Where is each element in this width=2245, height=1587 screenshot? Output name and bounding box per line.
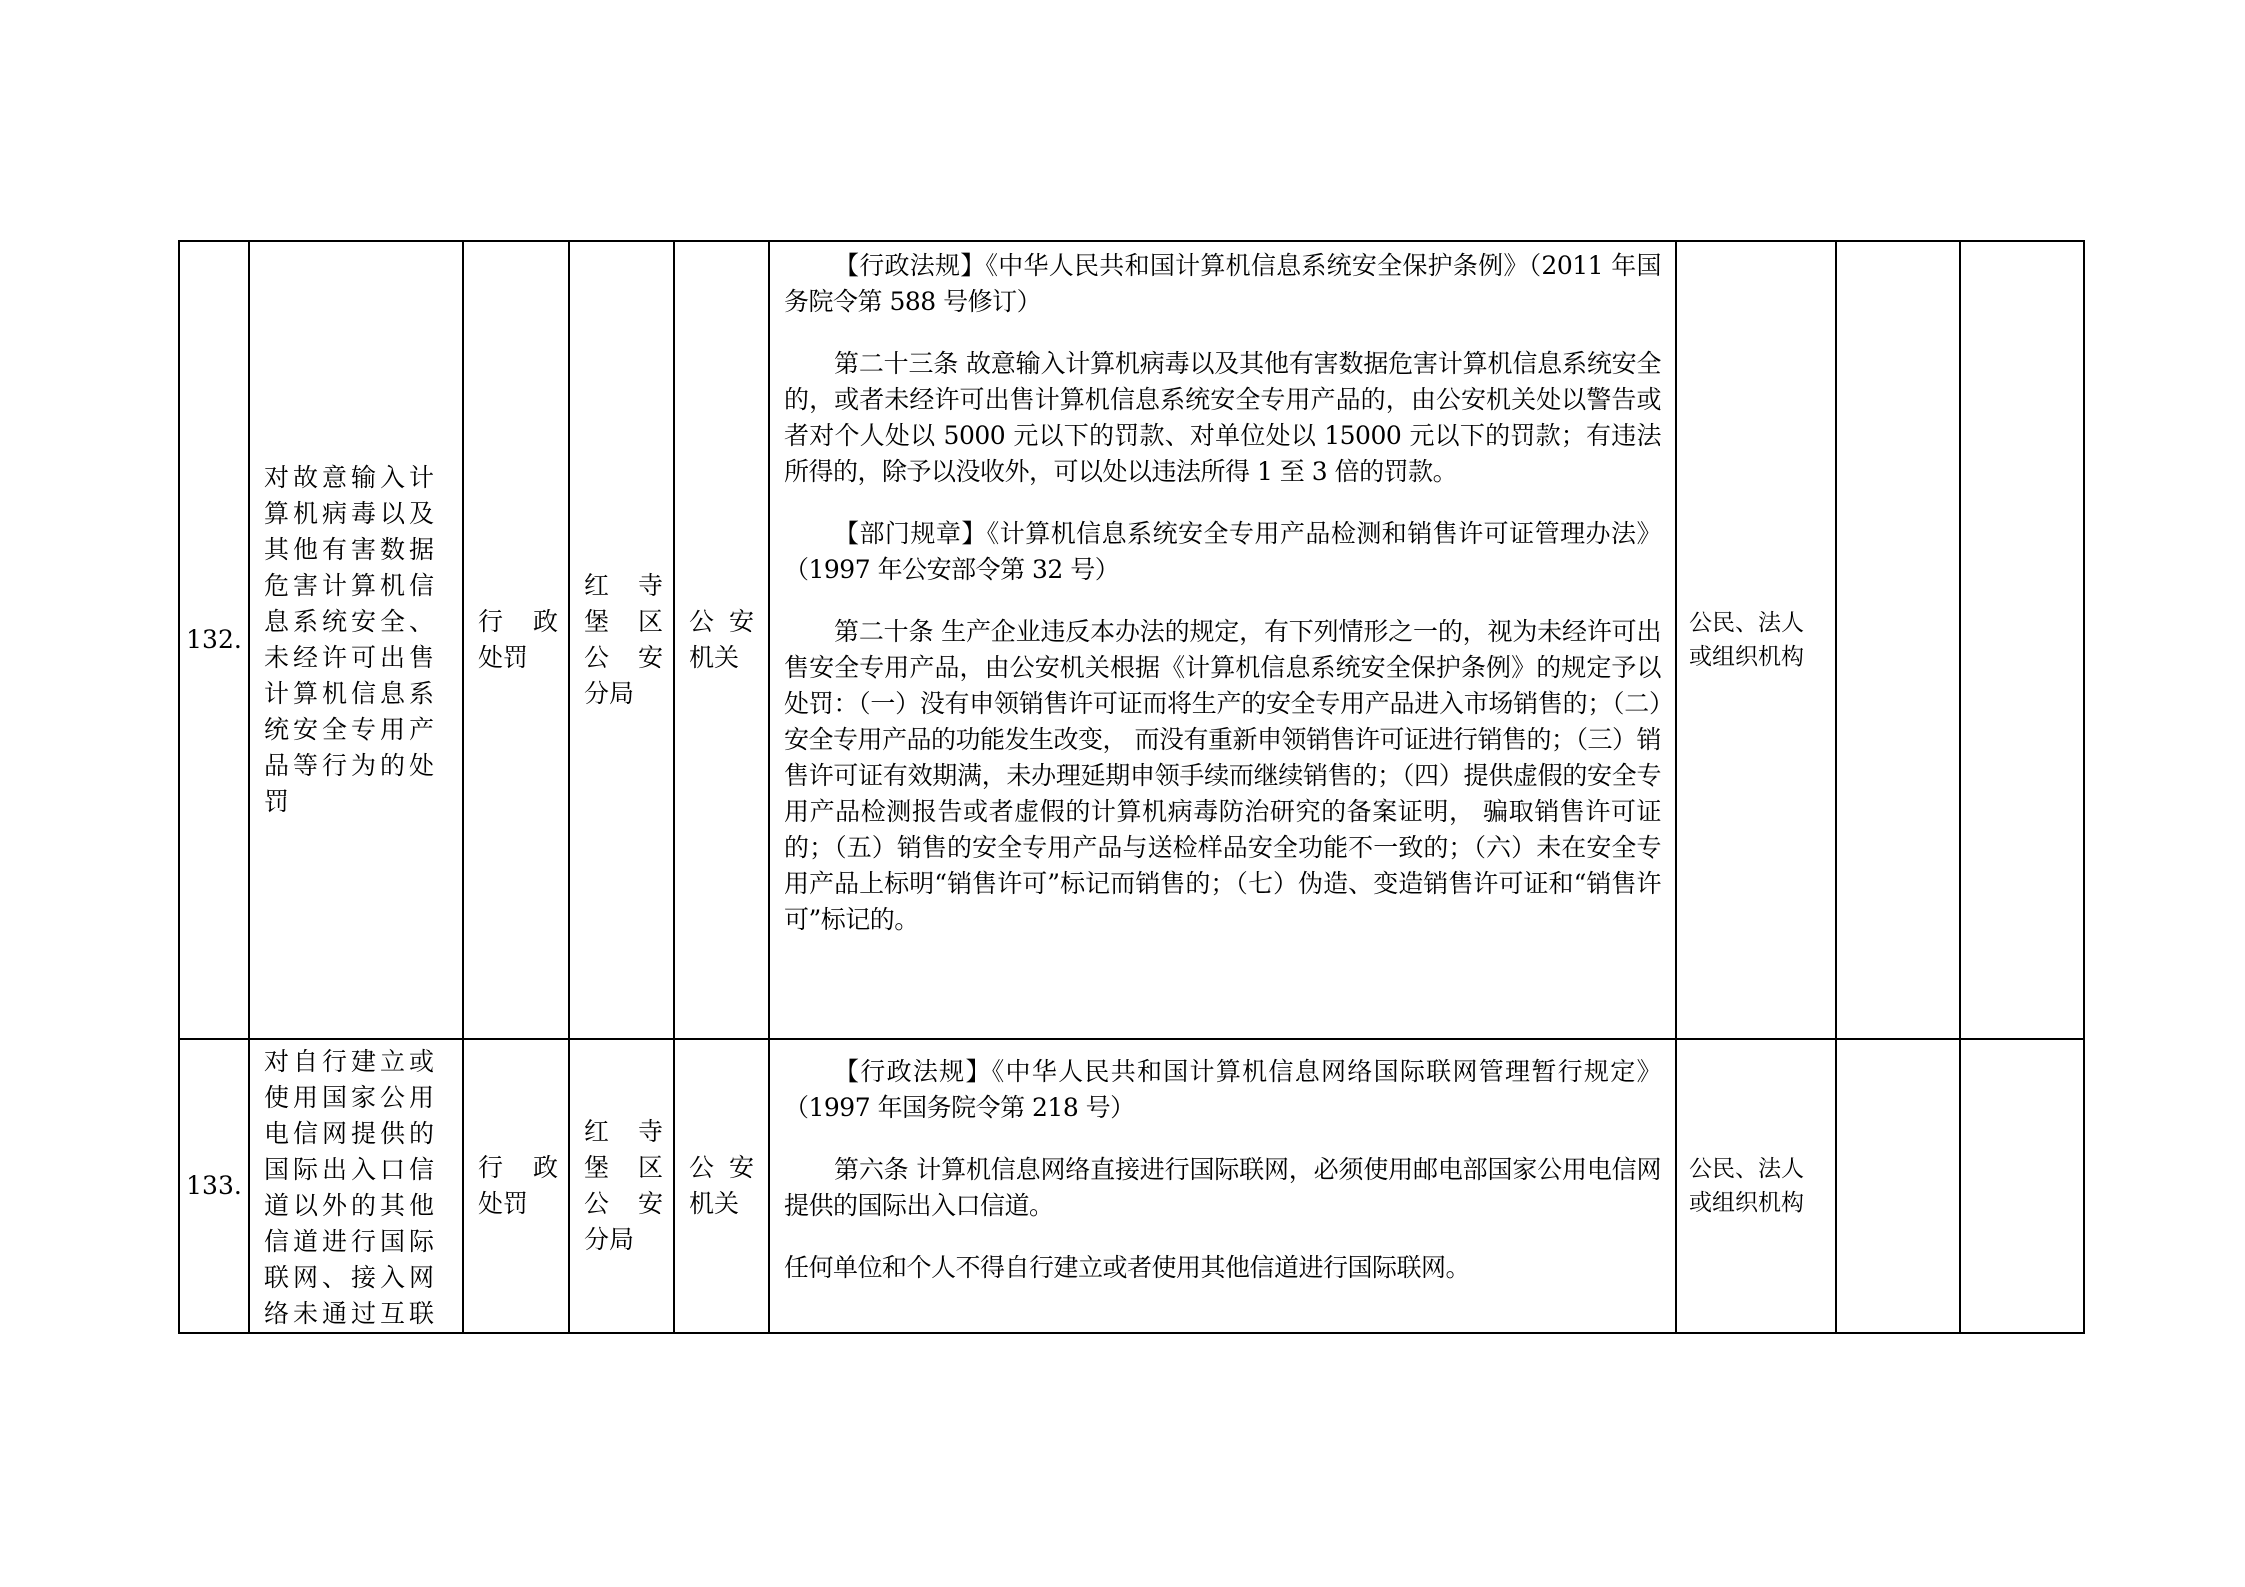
target-object: 公民、法人 或组织机构 [1677,606,1835,674]
item-name: 对故意输入计 算机病毒以及 其他有害数据 危害计算机信 息系统安全、 未经许可出… [250,460,462,820]
empty-cell [1836,241,1960,1039]
item-name: 对自行建立或 使用国家公用 电信网提供的 国际出入口信 道以外的其他 信道进行国… [250,1040,462,1332]
implementing-org: 红寺 堡区 公安 分局 [570,568,673,712]
item-name-cell: 对自行建立或 使用国家公用 电信网提供的 国际出入口信 道以外的其他 信道进行国… [249,1039,463,1333]
penalty-type: 行政 处罚 [464,1150,568,1222]
legal-basis: 【行政法规】《中华人民共和国计算机信息系统安全保护条例》（2011 年国务院令第… [770,242,1675,938]
empty-cell [1836,1039,1960,1333]
authority-cell: 公安 机关 [674,241,769,1039]
penalty-type-cell: 行政 处罚 [463,1039,569,1333]
article-text: 第二十三条 故意输入计算机病毒以及其他有害数据危害计算机信息系统安全的，或者未经… [784,346,1661,490]
article-text: 第二十条 生产企业违反本办法的规定，有下列情形之一的，视为未经许可出售安全专用产… [784,614,1661,938]
legal-basis: 【行政法规】《中华人民共和国计算机信息网络国际联网管理暂行规定》（1997 年国… [770,1040,1675,1286]
authority: 公安 机关 [675,604,768,676]
legal-basis-cell: 【行政法规】《中华人民共和国计算机信息系统安全保护条例》（2011 年国务院令第… [769,241,1676,1039]
penalty-type-cell: 行政 处罚 [463,241,569,1039]
regulation-citation: 【部门规章】《计算机信息系统安全专用产品检测和销售许可证管理办法》（1997 年… [784,516,1661,588]
regulation-citation: 【行政法规】《中华人民共和国计算机信息网络国际联网管理暂行规定》（1997 年国… [784,1054,1661,1126]
target-object-cell: 公民、法人 或组织机构 [1676,241,1836,1039]
target-object-cell: 公民、法人 或组织机构 [1676,1039,1836,1333]
table-row: 132. 对故意输入计 算机病毒以及 其他有害数据 危害计算机信 息系统安全、 … [179,241,2084,1039]
regulation-citation: 【行政法规】《中华人民共和国计算机信息系统安全保护条例》（2011 年国务院令第… [784,248,1661,320]
authority: 公安 机关 [675,1150,768,1222]
item-name-cell: 对故意输入计 算机病毒以及 其他有害数据 危害计算机信 息系统安全、 未经许可出… [249,241,463,1039]
empty-cell [1960,1039,2084,1333]
empty-cell [1960,241,2084,1039]
item-number: 133. [179,1039,249,1333]
target-object: 公民、法人 或组织机构 [1677,1152,1835,1220]
penalty-list-table: 132. 对故意输入计 算机病毒以及 其他有害数据 危害计算机信 息系统安全、 … [178,240,2085,1334]
legal-basis-cell: 【行政法规】《中华人民共和国计算机信息网络国际联网管理暂行规定》（1997 年国… [769,1039,1676,1333]
implementing-org-cell: 红寺 堡区 公安 分局 [569,241,674,1039]
implementing-org: 红寺 堡区 公安 分局 [570,1114,673,1258]
article-text: 第六条 计算机信息网络直接进行国际联网，必须使用邮电部国家公用电信网提供的国际出… [784,1152,1661,1224]
penalty-type: 行政 处罚 [464,604,568,676]
article-text: 任何单位和个人不得自行建立或者使用其他信道进行国际联网。 [784,1250,1661,1286]
table-row: 133. 对自行建立或 使用国家公用 电信网提供的 国际出入口信 道以外的其他 … [179,1039,2084,1333]
authority-cell: 公安 机关 [674,1039,769,1333]
implementing-org-cell: 红寺 堡区 公安 分局 [569,1039,674,1333]
item-number: 132. [179,241,249,1039]
